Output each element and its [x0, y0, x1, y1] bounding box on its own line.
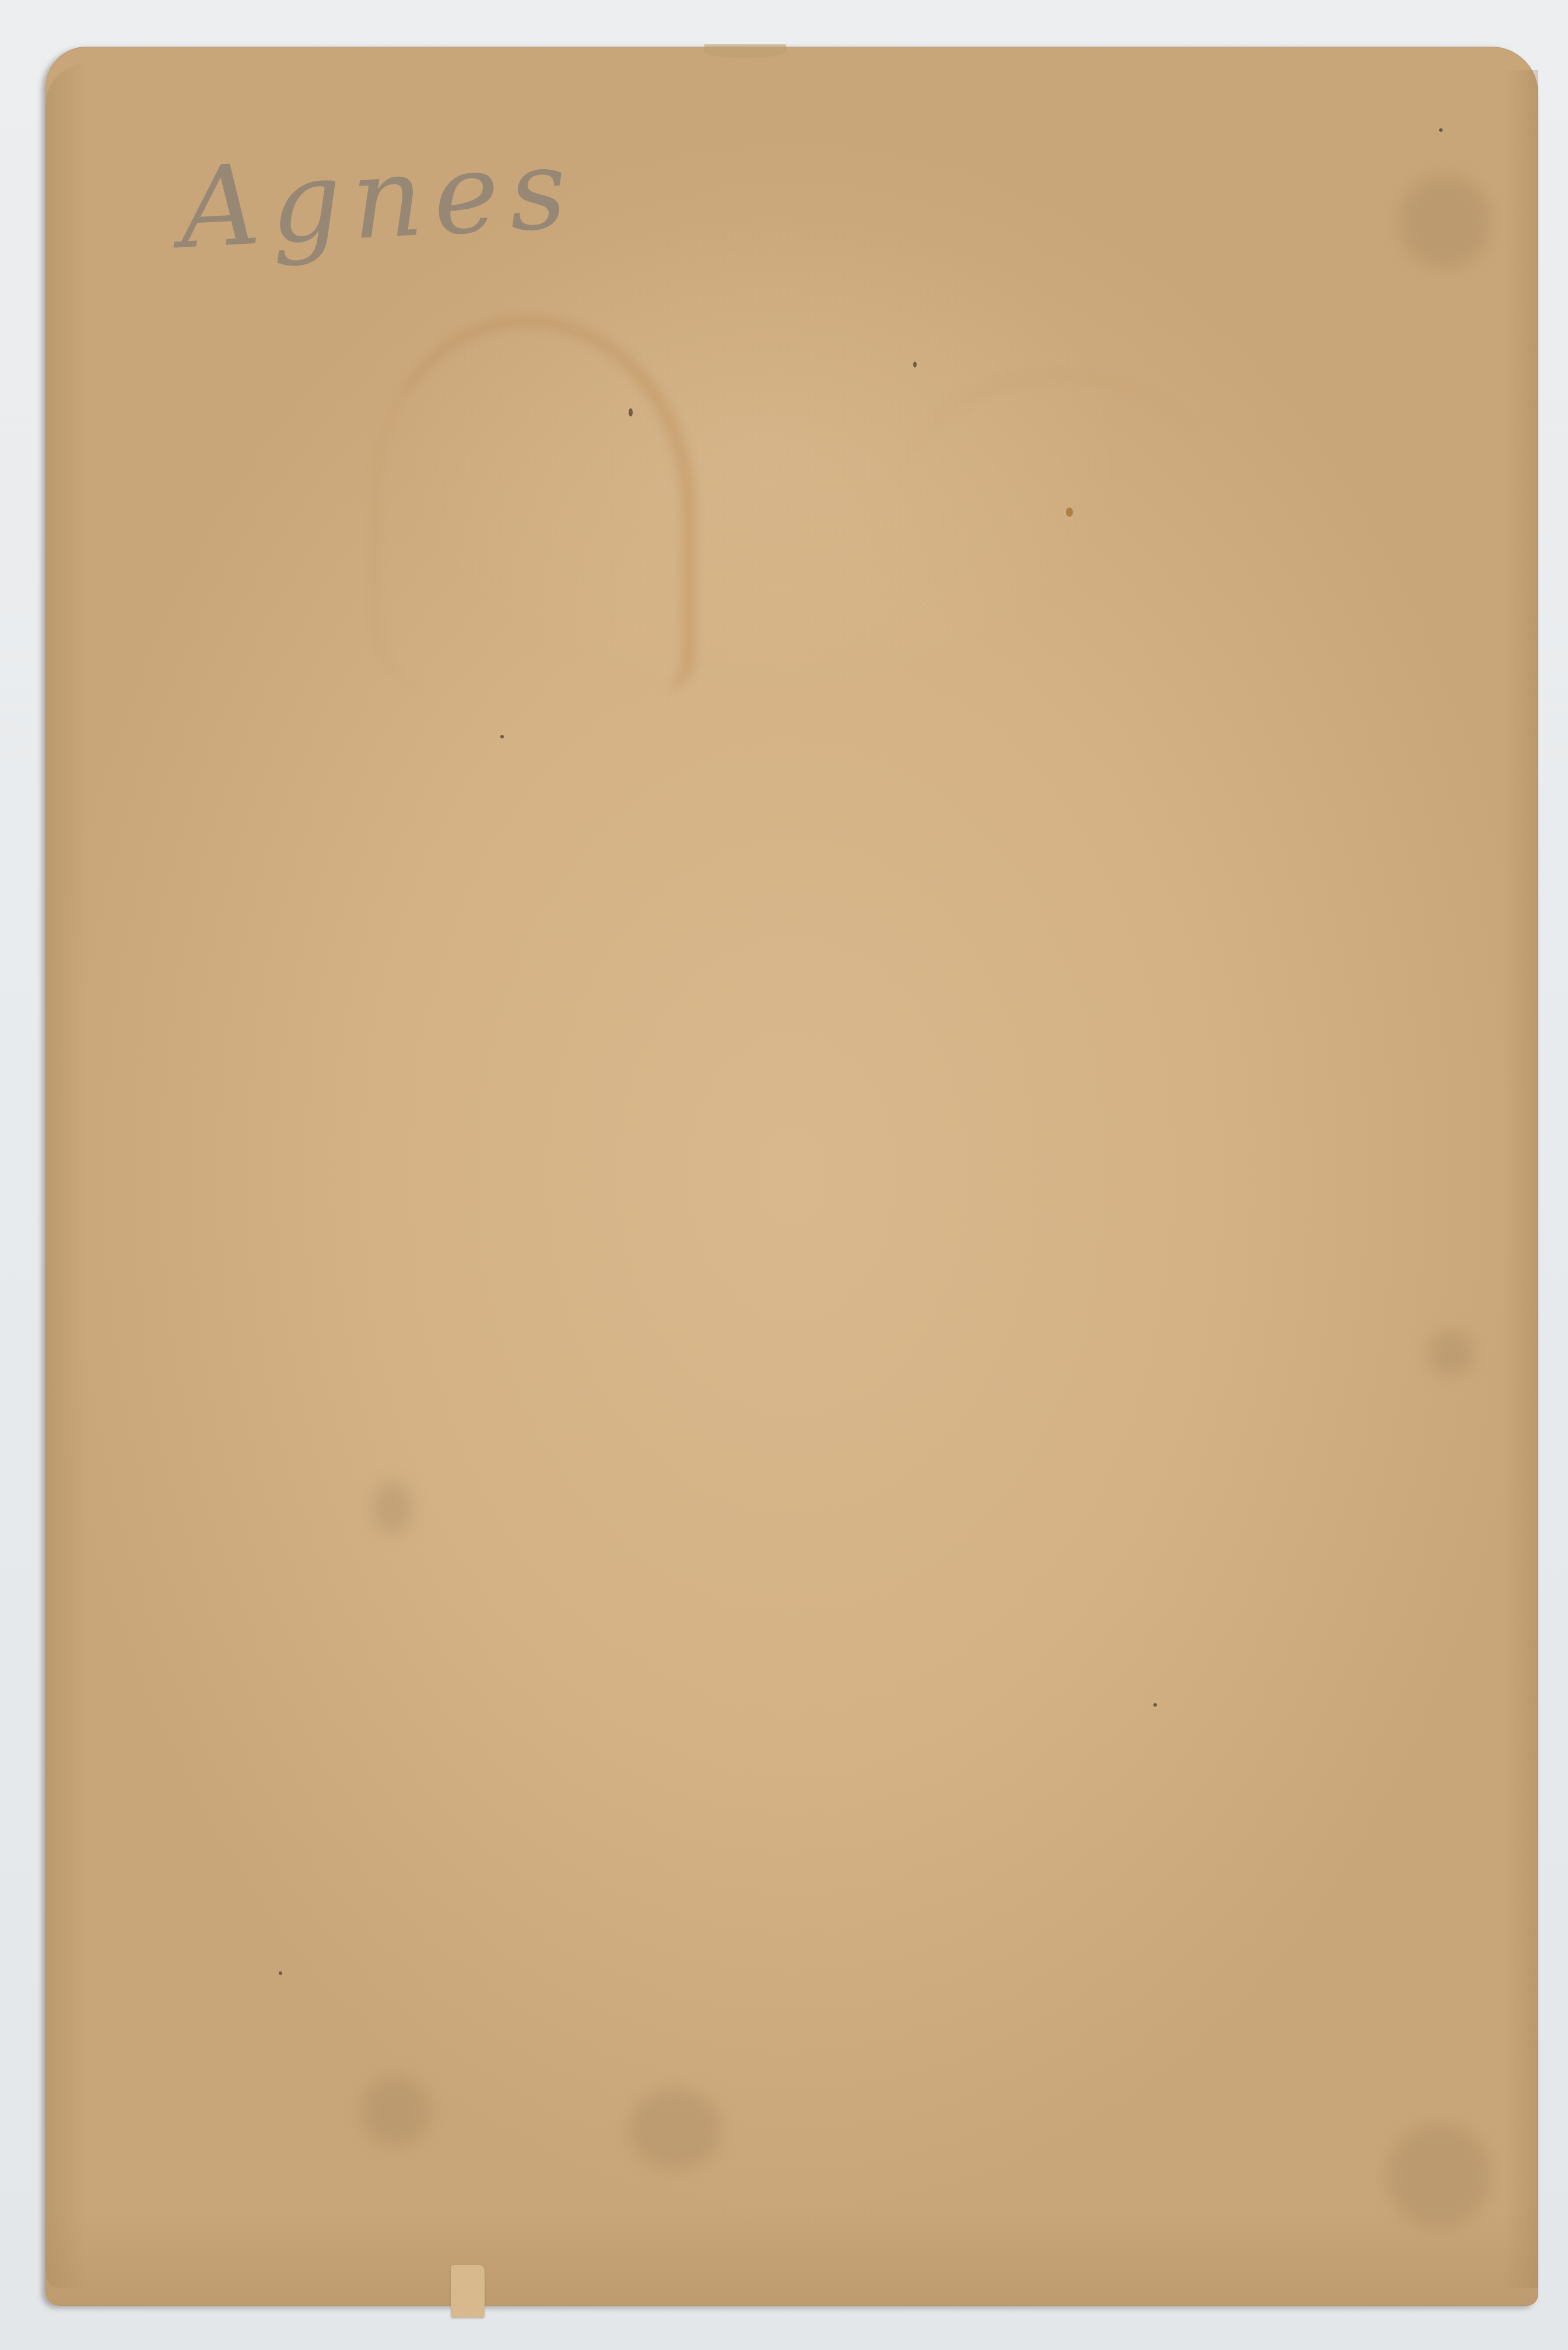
foxing-spot — [629, 408, 633, 416]
stain-blotch — [1398, 175, 1492, 268]
water-stain — [372, 315, 696, 689]
stain-blotch — [372, 1482, 413, 1534]
top-edge-nick — [704, 44, 786, 58]
pencil-inscription: Agnes — [177, 124, 580, 273]
card-left-edge-shading — [45, 64, 86, 2288]
foxing-spot — [1066, 507, 1073, 517]
bottom-edge-tear — [451, 2265, 485, 2317]
stain-blotch — [629, 2088, 722, 2170]
faint-stain — [908, 373, 1212, 589]
foxing-spot — [500, 735, 504, 738]
foxing-spot — [279, 1971, 282, 1975]
stain-blotch — [1427, 1330, 1474, 1377]
stain-blotch — [360, 2076, 430, 2146]
card-bottom-edge-wear — [45, 2212, 1538, 2306]
stain-blotch — [1387, 2123, 1492, 2228]
foxing-spot — [1439, 128, 1443, 132]
card-right-edge-shading — [1503, 70, 1538, 2288]
cabinet-card-back: Agnes — [45, 47, 1538, 2306]
foxing-spot — [913, 362, 917, 367]
foxing-spot — [1153, 1703, 1157, 1707]
